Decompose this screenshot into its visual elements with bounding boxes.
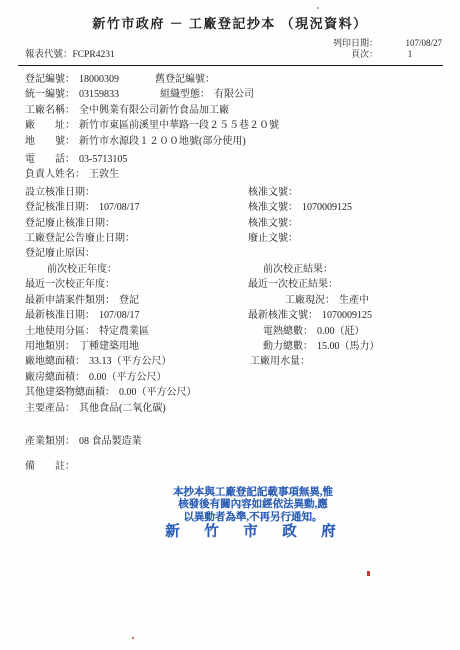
field-value [95,248,99,259]
field-label: 工廠名稱： [25,105,75,116]
latest-calibration-result: 最近一次校正結果： [248,277,342,292]
field-value: 王敦生 [85,169,119,180]
field-label: 登記廢止原因： [25,248,95,259]
approval-doc-number: 核准文號： [248,185,302,200]
field-value: 03159833 [75,89,119,100]
field-label: 前次校正結果： [263,264,333,275]
factory-name-row: 工廠名稱：全中興業有限公司新竹食品加工廠 [25,103,460,118]
report-code-value: FCPR4231 [73,50,115,60]
document-page: 新竹市政府 － 工廠登記抄本 （現況資料） 報表代號：FCPR4231 列印日期… [0,0,460,650]
print-date-label: 列印日期： [314,38,378,49]
field-label: 前次校正年度： [25,264,117,275]
remarks-row: 備 註： [25,459,460,474]
latest-calibration-year-row: 最近一次校正年度：最近一次校正結果： [25,277,460,292]
old-registration-number: 舊登記編號： [155,72,219,87]
field-label: 主要產品： [25,403,75,414]
field-value: 03-5713105 [75,154,127,165]
registration-number-row: 登記編號：18000309舊登記編號： [25,72,460,87]
field-label: 設立核准日期： [25,187,95,198]
revocation-doc-number: 廢止文號： [248,231,302,246]
field-value: 33.13（平方公尺） [85,356,172,367]
field-value [333,264,337,275]
page-number-value: 1 [378,49,442,60]
field-label: 負責人姓名： [25,169,85,180]
latest-application-type-row: 最新申請案件類別：登記工廠現況：生產中 [25,293,460,308]
field-value [117,264,121,275]
land-number-row: 地 號：新竹市水源段１２００地號(部分使用) [25,134,460,149]
field-label: 統一編號： [25,89,75,100]
scan-artifact [132,637,134,639]
registration-revocation-date-row: 登記廢止核准日期：核准文號： [25,216,460,231]
scan-artifact [367,571,370,576]
field-value [115,279,119,290]
field-label: 廢止文號： [248,233,298,244]
approval-doc-number: 核准文號： [248,216,302,231]
report-code: 報表代號：FCPR4231 [25,46,115,60]
other-building-area-row: 其他建築物總面積：0.00（平方公尺） [25,385,460,400]
organization-type: 組織型態：有限公司 [160,87,254,102]
field-value: 08 食品製造業 [75,436,142,447]
stamp-authority-name: 新 竹 市 政 府 [163,526,343,538]
stamp-line: 以異動者為準,不再另行通知。 [163,512,343,524]
industry-category-row: 產業類別：08 食品製造業 [25,434,460,449]
field-label: 廠地總面積： [25,356,85,367]
establishment-approval-date-row: 設立核准日期：核准文號： [25,185,460,200]
print-date-row: 列印日期：107/08/27 [314,38,442,49]
field-label: 備 註： [25,461,75,472]
main-products-row: 主要產品：其他食品(二氧化碳) [25,401,460,416]
field-label: 用地類別： [25,341,75,352]
field-value: 1070009125 [298,202,352,213]
field-value: 0.00（瓩） [313,326,365,337]
field-label: 產業類別： [25,436,75,447]
field-value: 新竹市東區前溪里中華路一段２５５巷２０號 [75,120,279,131]
stamp-line: 本抄本與工廠登記記載事項無異,惟 [163,487,343,499]
page-number-label: 頁次： [314,49,378,60]
revocation-reason-row: 登記廢止原因： [25,246,460,261]
power-total: 動力總數：15.00（馬力） [263,339,380,354]
field-label: 組織型態： [160,89,210,100]
field-label: 廠房總面積： [25,372,85,383]
electric-heat-total: 電熱總數：0.00（瓩） [263,324,365,339]
certification-stamp: 本抄本與工廠登記記載事項無異,惟 核發後有關內容如經依法異動,應 以異動者為準,… [163,487,343,539]
latest-approval-doc-number: 最新核准文號：1070009125 [248,308,372,323]
field-label: 其他建築物總面積： [25,387,115,398]
field-label: 登記廢止核准日期： [25,218,115,229]
field-label: 工廠用水量： [250,356,310,367]
stamp-line: 核發後有關內容如經依法異動,應 [163,499,343,511]
field-label: 電熱總數： [263,326,313,337]
print-date-value: 107/08/27 [378,38,442,49]
field-value [75,461,79,472]
field-value: 1070009125 [318,310,372,321]
field-value: 全中興業有限公司新竹食品加工廠 [75,105,229,116]
field-label: 舊登記編號： [155,74,215,85]
field-label: 最近一次校正結果： [248,279,338,290]
factory-status: 工廠現況：生產中 [285,293,369,308]
field-label: 廠 址： [25,120,75,131]
field-label: 最新申請案件類別： [25,295,115,306]
field-label: 最新核准日期： [25,310,95,321]
page-number-row: 頁次：1 [314,49,442,60]
field-value [135,233,139,244]
document-title: 新竹市政府 － 工廠登記抄本 （現況資料） [0,0,460,32]
field-value: 有限公司 [210,89,254,100]
field-value: 特定農業區 [95,326,149,337]
document-body: 登記編號：18000309舊登記編號： 統一編號：03159833組織型態：有限… [0,66,460,475]
field-label: 最近一次校正年度： [25,279,115,290]
owner-name-row: 負責人姓名：王敦生 [25,167,460,182]
field-value [298,218,302,229]
uniform-number-row: 統一編號：03159833組織型態：有限公司 [25,87,460,102]
land-use-zone-row: 土地使用分區：特定農業區電熱總數：0.00（瓩） [25,324,460,339]
field-value: 18000309 [75,74,119,85]
field-label: 土地使用分區： [25,326,95,337]
field-value: 15.00（馬力） [313,341,380,352]
field-value [115,218,119,229]
field-value [215,74,219,85]
previous-calibration-result: 前次校正結果： [263,262,337,277]
field-label: 電 話： [25,154,75,165]
field-label: 最新核准文號： [248,310,318,321]
field-label: 核准文號： [248,187,298,198]
scan-speck [317,7,319,9]
water-usage: 工廠用水量： [250,354,314,369]
field-value [298,187,302,198]
field-label: 登記編號： [25,74,75,85]
field-value [298,233,302,244]
field-label: 工廠現況： [285,295,335,306]
factory-address-row: 廠 址：新竹市東區前溪里中華路一段２５５巷２０號 [25,118,460,133]
field-value: 新竹市水源段１２００地號(部分使用) [75,136,246,147]
field-value: 生產中 [335,295,369,306]
field-value: 107/08/17 [95,202,140,213]
field-value: 107/08/17 [95,310,140,321]
field-value [338,279,342,290]
field-value: 0.00（平方公尺） [85,372,167,383]
factory-building-area-row: 廠房總面積：0.00（平方公尺） [25,370,460,385]
field-value [310,356,314,367]
latest-approval-date-row: 最新核准日期：107/08/17最新核准文號：1070009125 [25,308,460,323]
report-code-label: 報表代號： [25,50,73,60]
field-label: 核准文號： [248,218,298,229]
field-label: 核准文號： [248,202,298,213]
field-label: 工廠登記公告廢止日期： [25,233,135,244]
field-value: 丁種建築用地 [75,341,139,352]
registration-approval-date-row: 登記核准日期：107/08/17核准文號：1070009125 [25,200,460,215]
print-info: 列印日期：107/08/27 頁次：1 [314,38,442,59]
phone-row: 電 話：03-5713105 [25,152,460,167]
field-value: 其他食品(二氧化碳) [75,403,166,414]
field-label: 動力總數： [263,341,313,352]
field-value: 0.00（平方公尺） [115,387,197,398]
field-label: 地 號： [25,136,75,147]
revocation-announcement-date-row: 工廠登記公告廢止日期：廢止文號： [25,231,460,246]
document-meta: 報表代號：FCPR4231 列印日期：107/08/27 頁次：1 [25,38,442,62]
previous-calibration-year-row: 前次校正年度：前次校正結果： [25,262,460,277]
field-value: 登記 [115,295,139,306]
approval-doc-number: 核准文號：1070009125 [248,200,352,215]
field-label: 登記核准日期： [25,202,95,213]
factory-land-area-row: 廠地總面積：33.13（平方公尺）工廠用水量： [25,354,460,369]
field-value [95,187,99,198]
land-category-row: 用地類別：丁種建築用地動力總數：15.00（馬力） [25,339,460,354]
